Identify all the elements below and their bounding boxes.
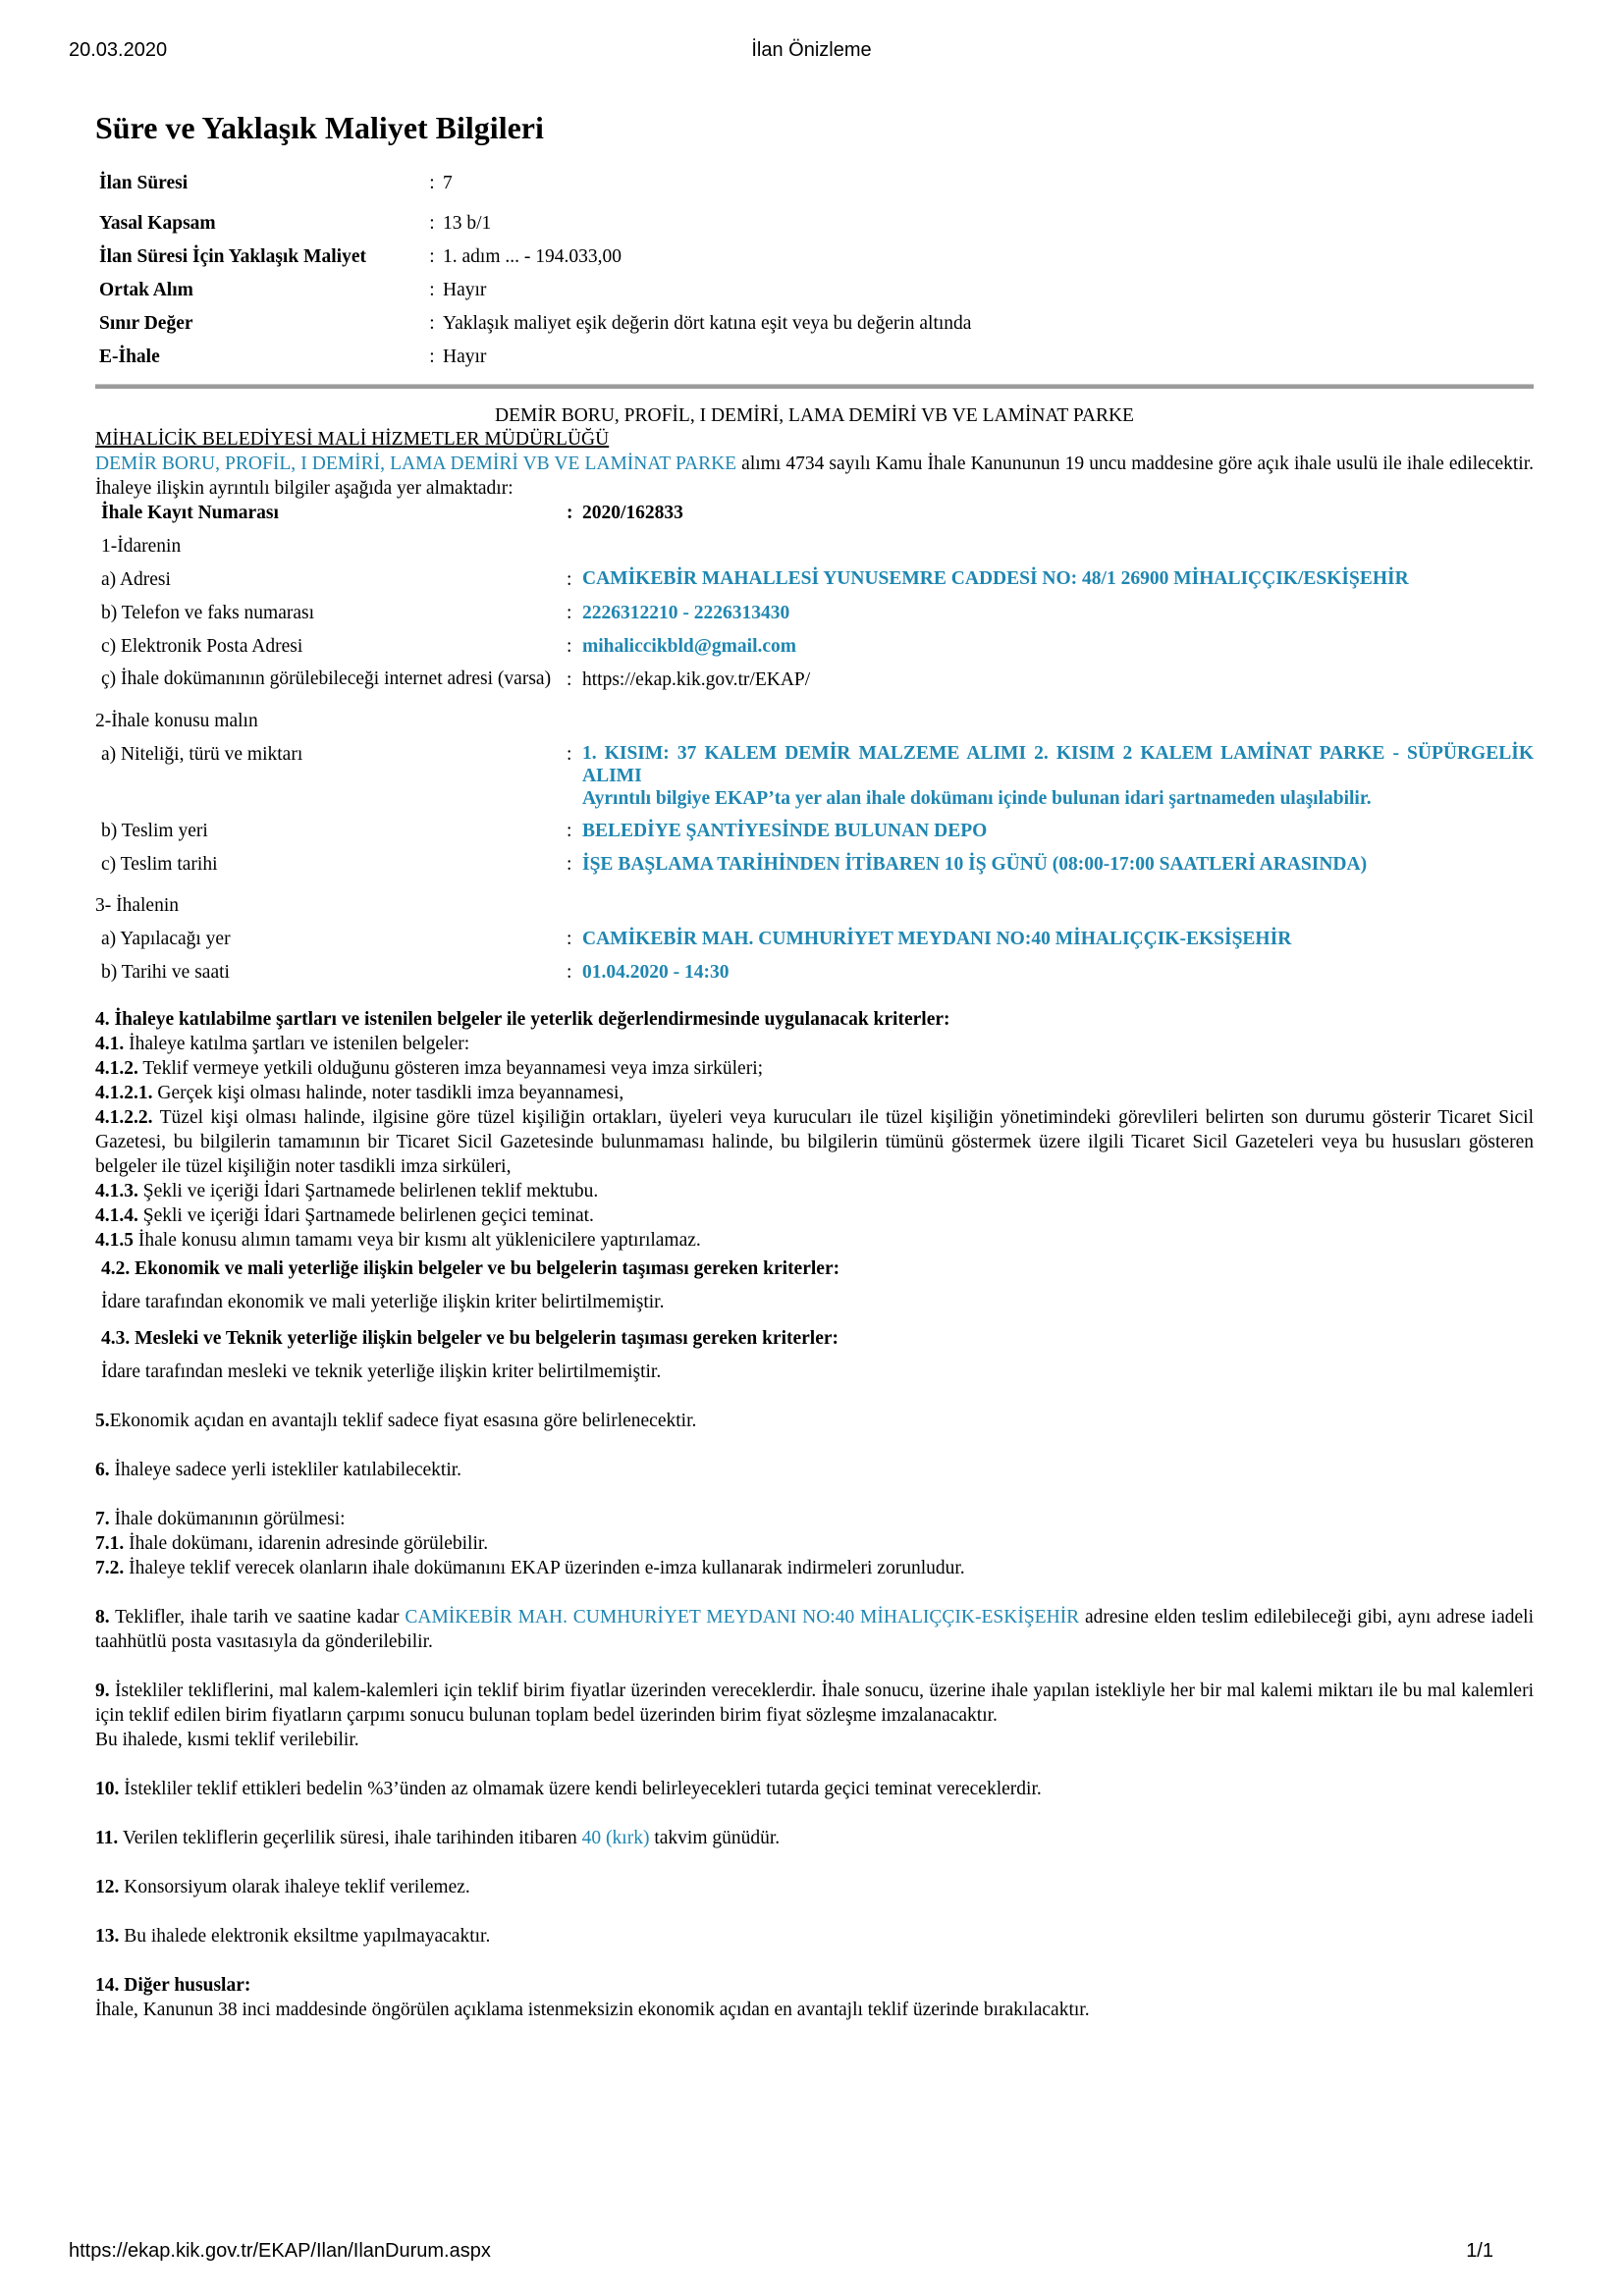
summary-value: 7 [443, 171, 971, 211]
section12: 12. Konsorsiyum olarak ihaleye teklif ve… [95, 1875, 1534, 1899]
colon: : [421, 211, 443, 244]
summary-value: Hayır [443, 278, 971, 311]
section12-text: Konsorsiyum olarak ihaleye teklif verile… [119, 1877, 469, 1897]
spacer [95, 701, 1534, 709]
summary-row: Ortak Alım : Hayır [99, 278, 971, 311]
summary-row: Yasal Kapsam : 13 b/1 [99, 211, 971, 244]
item-text: Şekli ve içeriği İdari Şartnamede belirl… [138, 1181, 598, 1201]
section14-text: İhale, Kanunun 38 inci maddesinde öngörü… [95, 1998, 1534, 2022]
section5: 5.Ekonomik açıdan en avantajlı teklif sa… [95, 1409, 1534, 1433]
colon: : [567, 567, 582, 601]
technical-text: İdare tarafından mesleki ve teknik yeter… [95, 1360, 1534, 1384]
colon: : [421, 244, 443, 278]
section8: 8. Teklifler, ihale tarih ve saatine kad… [95, 1605, 1534, 1654]
tender-place-row: a) Yapılacağı yer : CAMİKEBİR MAH. CUMHU… [95, 927, 1534, 960]
spacer [95, 885, 1534, 893]
email-value[interactable]: mihaliccikbld@gmail.com [582, 634, 1534, 667]
delivery-date-row: c) Teslim tarihi : İŞE BAŞLAMA TARİHİNDE… [95, 852, 1534, 885]
economic-text: İdare tarafından ekonomik ve mali yeterl… [95, 1290, 1534, 1314]
item-text: Gerçek kişi olması halinde, noter tasdik… [153, 1083, 624, 1103]
section-number: 9. [95, 1681, 110, 1701]
section-number: 12. [95, 1877, 119, 1897]
delivery-place-row: b) Teslim yeri : BELEDİYE ŞANTİYESİNDE B… [95, 819, 1534, 852]
nature-row: a) Niteliği, türü ve miktarı : 1. KISIM:… [95, 742, 1534, 819]
address-row: a) Adresi : CAMİKEBİR MAHALLESİ YUNUSEMR… [95, 567, 1534, 601]
phone-row: b) Telefon ve faks numarası : 2226312210… [95, 601, 1534, 634]
colon: : [567, 742, 582, 819]
item-number: 4.1. [95, 1034, 124, 1054]
summary-row: E-İhale : Hayır [99, 345, 971, 378]
section9-note: Bu ihalede, kısmi teklif verilebilir. [95, 1728, 1534, 1752]
section-number: 7. [95, 1509, 110, 1529]
item-text: Teklif vermeye yetkili olduğunu gösteren… [138, 1058, 763, 1079]
intro-subject: DEMİR BORU, PROFİL, I DEMİRİ, LAMA DEMİR… [95, 454, 736, 474]
summary-row: İlan Süresi İçin Yaklaşık Maliyet : 1. a… [99, 244, 971, 278]
colon: : [421, 171, 443, 211]
nature-text: 1. KISIM: 37 KALEM DEMİR MALZEME ALIMI 2… [582, 743, 1534, 786]
section4-item: 4.1.4. Şekli ve içeriği İdari Şartnamede… [95, 1203, 1534, 1228]
email-label: c) Elektronik Posta Adresi [95, 634, 567, 667]
document-content: Süre ve Yaklaşık Maliyet Bilgileri İlan … [95, 108, 1534, 2022]
section4-heading: 4. İhaleye katılabilme şartları ve isten… [95, 1007, 1534, 1032]
info-table: İhale Kayıt Numarası : 2020/162833 1-İda… [95, 501, 1534, 993]
item-number: 4.1.2. [95, 1058, 138, 1079]
section10-text: İstekliler teklif ettikleri bedelin %3’ü… [119, 1779, 1041, 1799]
colon: : [421, 345, 443, 378]
notice-title: DEMİR BORU, PROFİL, I DEMİRİ, LAMA DEMİR… [95, 404, 1534, 428]
section-number: 11. [95, 1828, 118, 1848]
summary-value: 13 b/1 [443, 211, 971, 244]
phone-label: b) Telefon ve faks numarası [95, 601, 567, 634]
colon: : [567, 819, 582, 852]
item-number: 4.1.2.1. [95, 1083, 153, 1103]
website-row: ç) İhale dokümanının görülebileceği inte… [95, 667, 1534, 701]
section3-heading-row: 3- İhalenin [95, 893, 1534, 927]
item-text: Şekli ve içeriği İdari Şartnamede belirl… [138, 1205, 594, 1226]
website-link[interactable]: https://ekap.kik.gov.tr/EKAP/ [582, 667, 1534, 701]
summary-label: Ortak Alım [99, 278, 421, 311]
section7-item: 7.2. İhaleye teklif verecek olanların ih… [95, 1556, 1534, 1580]
section11-text-before: Verilen tekliflerin geçerlilik süresi, i… [118, 1828, 581, 1848]
section3-heading: 3- İhalenin [95, 893, 1534, 927]
summary-value: Hayır [443, 345, 971, 378]
section-number: 10. [95, 1779, 119, 1799]
colon: : [567, 927, 582, 960]
registration-row: İhale Kayıt Numarası : 2020/162833 [95, 501, 1534, 534]
section6: 6. İhaleye sadece yerli istekliler katıl… [95, 1458, 1534, 1482]
section13-text: Bu ihalede elektronik eksiltme yapılmaya… [119, 1926, 490, 1947]
summary-title: Süre ve Yaklaşık Maliyet Bilgileri [95, 108, 1534, 147]
print-title: İlan Önizleme [69, 39, 1554, 62]
economic-heading: 4.2. Ekonomik ve mali yeterliğe ilişkin … [95, 1256, 1534, 1281]
summary-label: Sınır Değer [99, 311, 421, 345]
tender-place-label: a) Yapılacağı yer [95, 927, 567, 960]
section-number: 8. [95, 1607, 110, 1628]
summary-row: Sınır Değer : Yaklaşık maliyet eşik değe… [99, 311, 971, 345]
print-header: 20.03.2020 İlan Önizleme [69, 39, 1554, 63]
phone-value: 2226312210 - 2226313430 [582, 601, 1534, 634]
colon: : [421, 278, 443, 311]
summary-label: İlan Süresi [99, 171, 421, 211]
section2-heading: 2-İhale konusu malın [95, 709, 1534, 742]
section14-heading: 14. Diğer hususlar: [95, 1973, 1534, 1998]
item-text: İhale dokümanı, idarenin adresinde görül… [124, 1533, 488, 1554]
website-label: ç) İhale dokümanının görülebileceği inte… [95, 667, 567, 701]
section13: 13. Bu ihalede elektronik eksiltme yapıl… [95, 1924, 1534, 1949]
summary-label: Yasal Kapsam [99, 211, 421, 244]
section7-item: 7.1. İhale dokümanı, idarenin adresinde … [95, 1531, 1534, 1556]
tender-datetime-value: 01.04.2020 - 14:30 [582, 960, 1534, 993]
technical-heading: 4.3. Mesleki ve Teknik yeterliğe ilişkin… [95, 1326, 1534, 1351]
section8-address: CAMİKEBİR MAH. CUMHURİYET MEYDANI NO:40 … [405, 1607, 1079, 1628]
item-number: 4.1.3. [95, 1181, 138, 1201]
colon: : [567, 852, 582, 885]
colon: : [567, 960, 582, 993]
section10: 10. İstekliler teklif ettikleri bedelin … [95, 1777, 1534, 1801]
section11: 11. Verilen tekliflerin geçerlilik süres… [95, 1826, 1534, 1850]
summary-table: İlan Süresi : 7 Yasal Kapsam : 13 b/1 İl… [99, 171, 971, 378]
tender-place-value: CAMİKEBİR MAH. CUMHURİYET MEYDANI NO:40 … [582, 927, 1534, 960]
section7: 7. İhale dokümanının görülmesi: [95, 1507, 1534, 1531]
section1-heading-row: 1-İdarenin [95, 534, 1534, 567]
item-number: 4.1.4. [95, 1205, 138, 1226]
summary-value: 1. adım ... - 194.033,00 [443, 244, 971, 278]
section-number: 5. [95, 1411, 110, 1431]
separator [95, 384, 1534, 389]
section1-heading: 1-İdarenin [95, 534, 1534, 567]
summary-label: E-İhale [99, 345, 421, 378]
nature-value: 1. KISIM: 37 KALEM DEMİR MALZEME ALIMI 2… [582, 742, 1534, 819]
item-text: İhale konusu alımın tamamı veya bir kısm… [134, 1230, 701, 1251]
summary-row: İlan Süresi : 7 [99, 171, 971, 211]
item-number: 7.1. [95, 1533, 124, 1554]
delivery-place-value: BELEDİYE ŞANTİYESİNDE BULUNAN DEPO [582, 819, 1534, 852]
summary-value: Yaklaşık maliyet eşik değerin dört katın… [443, 311, 971, 345]
item-number: 4.1.5 [95, 1230, 134, 1251]
section-number: 13. [95, 1926, 119, 1947]
print-footer: https://ekap.kik.gov.tr/EKAP/Ilan/IlanDu… [69, 2240, 1554, 2264]
delivery-date-label: c) Teslim tarihi [95, 852, 567, 885]
address-value: CAMİKEBİR MAHALLESİ YUNUSEMRE CADDESİ NO… [582, 567, 1534, 601]
colon: : [567, 601, 582, 634]
section9: 9. İstekliler tekliflerini, mal kalem-ka… [95, 1679, 1534, 1728]
section4-item: 4.1. İhaleye katılma şartları ve istenil… [95, 1032, 1534, 1056]
item-text: Tüzel kişi olması halinde, ilgisine göre… [95, 1107, 1534, 1177]
section4-item: 4.1.3. Şekli ve içeriği İdari Şartnamede… [95, 1179, 1534, 1203]
colon: : [567, 667, 582, 701]
section4-item: 4.1.2.1. Gerçek kişi olması halinde, not… [95, 1081, 1534, 1105]
delivery-place-label: b) Teslim yeri [95, 819, 567, 852]
section11-text-after: takvim günüdür. [649, 1828, 780, 1848]
section5-text: Ekonomik açıdan en avantajlı teklif sade… [110, 1411, 697, 1431]
section-number: 6. [95, 1460, 110, 1480]
delivery-date-value: İŞE BAŞLAMA TARİHİNDEN İTİBAREN 10 İŞ GÜ… [582, 852, 1534, 885]
colon: : [567, 634, 582, 667]
nature-label: a) Niteliği, türü ve miktarı [95, 742, 567, 819]
tender-datetime-label: b) Tarihi ve saati [95, 960, 567, 993]
email-row: c) Elektronik Posta Adresi : mihaliccikb… [95, 634, 1534, 667]
section6-text: İhaleye sadece yerli istekliler katılabi… [110, 1460, 461, 1480]
organization-name: MİHALİCİK BELEDİYESİ MALİ HİZMETLER MÜDÜ… [95, 428, 1534, 452]
section9-text: İstekliler tekliflerini, mal kalem-kalem… [95, 1681, 1534, 1726]
colon: : [421, 311, 443, 345]
validity-period: 40 (kırk) [582, 1828, 650, 1848]
item-text: İhaleye katılma şartları ve istenilen be… [124, 1034, 469, 1054]
page-url: https://ekap.kik.gov.tr/EKAP/Ilan/IlanDu… [69, 2240, 491, 2263]
section2-heading-row: 2-İhale konusu malın [95, 709, 1534, 742]
colon: : [567, 501, 582, 534]
section4-item: 4.1.2. Teklif vermeye yetkili olduğunu g… [95, 1056, 1534, 1081]
summary-label: İlan Süresi İçin Yaklaşık Maliyet [99, 244, 421, 278]
section4-item: 4.1.2.2. Tüzel kişi olması halinde, ilgi… [95, 1105, 1534, 1179]
section7-text: İhale dokümanının görülmesi: [110, 1509, 346, 1529]
address-label: a) Adresi [95, 567, 567, 601]
nature-note: Ayrıntılı bilgiye EKAP’ta yer alan ihale… [582, 788, 1372, 809]
section4-item: 4.1.5 İhale konusu alımın tamamı veya bi… [95, 1228, 1534, 1253]
section8-text-before: Teklifler, ihale tarih ve saatine kadar [110, 1607, 406, 1628]
intro-paragraph: DEMİR BORU, PROFİL, I DEMİRİ, LAMA DEMİR… [95, 452, 1534, 501]
tender-datetime-row: b) Tarihi ve saati : 01.04.2020 - 14:30 [95, 960, 1534, 993]
item-number: 7.2. [95, 1558, 124, 1578]
registration-label: İhale Kayıt Numarası [95, 501, 567, 534]
item-text: İhaleye teklif verecek olanların ihale d… [124, 1558, 964, 1578]
item-number: 4.1.2.2. [95, 1107, 153, 1128]
page-number: 1/1 [1466, 2240, 1493, 2263]
registration-number: 2020/162833 [582, 501, 1534, 534]
